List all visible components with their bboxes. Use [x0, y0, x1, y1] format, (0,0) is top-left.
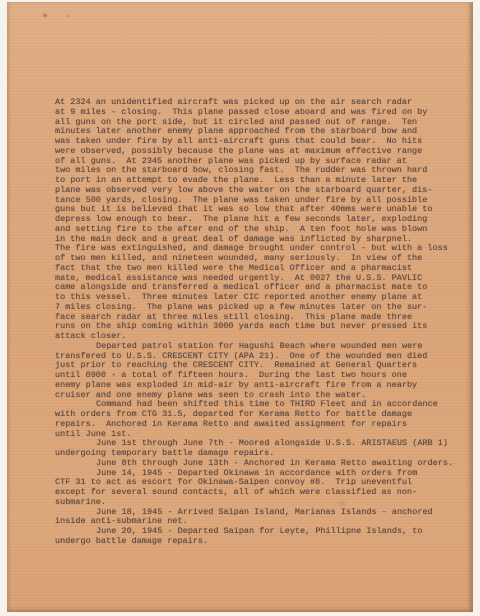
- paragraph-air-attack-narrative: At 2324 an unidentified aircraft was pic…: [55, 98, 457, 342]
- paragraph-june-20: June 20, 1945 - Departed Saipan for Leyt…: [55, 527, 457, 547]
- paragraph-departed-patrol-station: Departed patrol station for Hagushi Beac…: [55, 342, 457, 401]
- paragraph-june-18: June 18, 1945 - Arrived Saipan Island, M…: [55, 508, 457, 528]
- paper-sheet: At 2324 an unidentified aircraft was pic…: [7, 2, 473, 612]
- paragraph-june-1-7: June 1st through June 7th - Moored along…: [55, 439, 457, 459]
- paper-speck: [43, 14, 47, 17]
- paper-speck: [67, 15, 70, 17]
- scanned-page: At 2324 an unidentified aircraft was pic…: [0, 0, 480, 616]
- paragraph-june-14: June 14, 1945 - Departed Okinawa in acco…: [55, 469, 457, 508]
- paragraph-command-shifted: Command had been shifted this time to TH…: [55, 400, 457, 439]
- typewritten-text-block: At 2324 an unidentified aircraft was pic…: [55, 98, 457, 547]
